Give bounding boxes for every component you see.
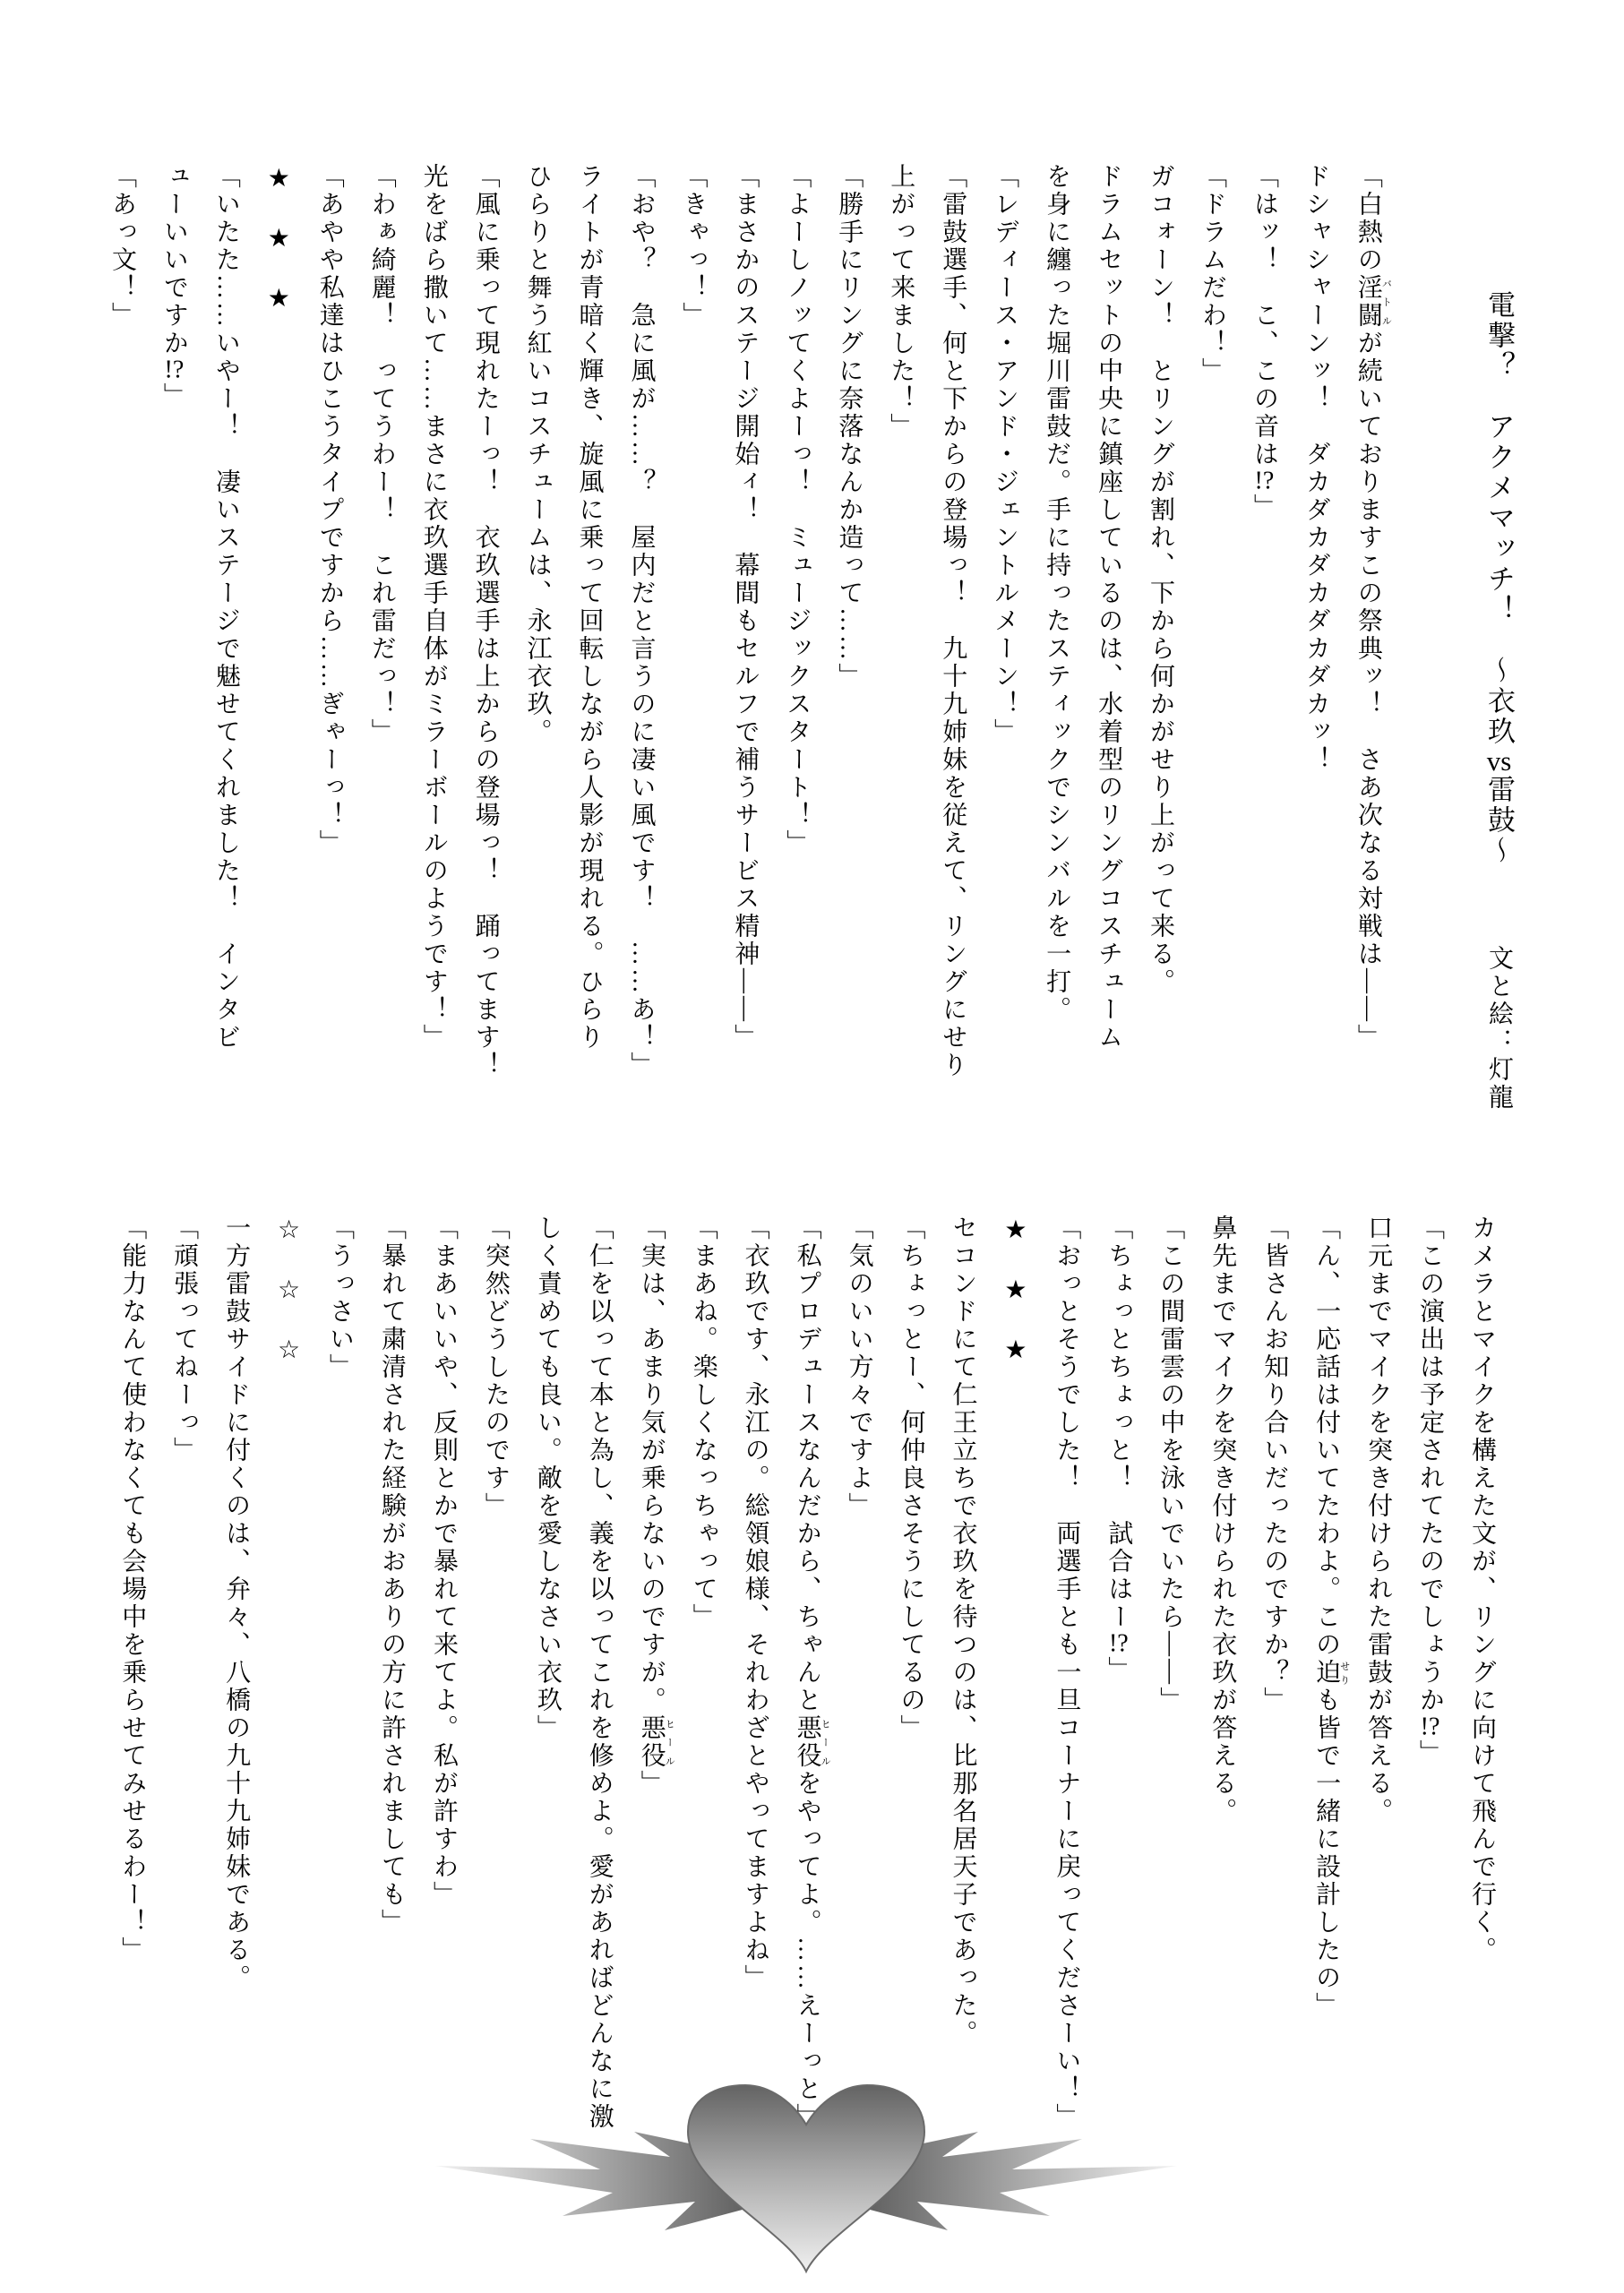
text-column: 口元までマイクを突き付けられた雷鼓が答える。 (1352, 1215, 1404, 2258)
text-column: 「ん、一応話は付いてたわよ。この迫せりも皆で一緒に設計したの」 (1300, 1215, 1352, 2258)
page: { "page": {"background": "#ffffff", "tex… (0, 0, 1624, 2293)
text-column: 「おや？ 急に風が……？ 屋内だと言うのに凄い風です！ ……あ！」 (615, 163, 667, 1207)
text-column: 「勝手にリングに奈落なんか造って……」 (822, 163, 874, 1207)
text-column: 「よーしノッてくよーっ！ ミュージックスタート！」 (770, 163, 822, 1207)
text-column: 「きゃっ！」 (667, 163, 719, 1207)
star-divider: ☆ ☆ ☆ (262, 1215, 314, 2258)
text-column: 「まさかのステージ開始ィ！ 幕間もセルフで補うサービス精神――」 (718, 163, 770, 1207)
text-column: 「レディース・アンド・ジェントルメーン！」 (978, 163, 1030, 1207)
text-column: 「この演出は予定されてたのでしょうか!?」 (1404, 1215, 1456, 2258)
text-column: 「能力なんて使わなくても会場中を乗らせてみせるわー！」 (106, 1215, 158, 2258)
text-column: ライトが青暗く輝き、旋風に乗って回転しながら人影が現れる。ひらり (563, 163, 615, 1207)
page-title-column: 電撃？ アクメマッチ！ ～衣玖vs雷鼓～文と絵：灯龍 (1470, 163, 1527, 1207)
text-column: ューいいですか!?」 (148, 163, 200, 1207)
text-column: 「ドラムだわ！」 (1186, 163, 1238, 1207)
story-section-1: 電撃？ アクメマッチ！ ～衣玖vs雷鼓～文と絵：灯龍「白熱の淫闘バトルが続いてお… (96, 163, 1527, 1207)
text-column: 「風に乗って現れたーっ！ 衣玖選手は上からの登場っ！ 踊ってます！ (460, 163, 511, 1207)
heart-lightning-graphic (394, 2076, 1218, 2293)
text-column: カメラとマイクを構えた文が、リングに向けて飛んで行く。 (1456, 1215, 1508, 2258)
text-column: 「わぁ綺麗！ ってうわー！ これ雷だっ！」 (356, 163, 408, 1207)
text-column: 「あやや私達はひこうタイプですから……ぎゃーっ！」 (304, 163, 356, 1207)
text-column: 上がって来ました！」 (874, 163, 926, 1207)
text-column: 「いたた……いやー！ 凄いステージで魅せてくれました！ インタビ (200, 163, 252, 1207)
text-column: ドラムセットの中央に鎮座しているのは、水着型のリングコスチューム (1082, 163, 1134, 1207)
text-column: 光をばら撒いて……まさに衣玖選手自体がミラーボールのようです！」 (408, 163, 460, 1207)
text-column: 「雷鼓選手、何と下からの登場っ！ 九十九姉妹を従えて、リングにせり (926, 163, 978, 1207)
text-column: ガコォーン！ とリングが割れ、下から何かがせり上がって来る。 (1134, 163, 1186, 1207)
heart-icon (688, 2085, 924, 2272)
author-credit: 文と絵：灯龍 (1473, 945, 1525, 1112)
text-column: 「頑張ってねーっ」 (158, 1215, 210, 2258)
text-column: 「皆さんお知り合いだったのですか？」 (1248, 1215, 1300, 2258)
text-column: 「うっさい」 (314, 1215, 365, 2258)
text-column: 一方雷鼓サイドに付くのは、弁々、八橋の九十九姉妹である。 (210, 1215, 262, 2258)
text-column: 「はッ！ こ、この音は!?」 (1238, 163, 1290, 1207)
text-column: ドシャシャーンッ！ ダカダカダカダカダカッ！ (1290, 163, 1342, 1207)
text-column: ひらりと舞う紅いコスチュームは、永江衣玖。 (511, 163, 563, 1207)
text-column: 「あっ文！」 (96, 163, 148, 1207)
text-column: を身に纏った堀川雷鼓だ。手に持ったスティックでシンバルを一打。 (1030, 163, 1082, 1207)
text-column: 「白熱の淫闘バトルが続いておりますこの祭典ッ！ さあ次なる対戦は――」 (1342, 163, 1394, 1207)
page-title: 電撃？ アクメマッチ！ ～衣玖vs雷鼓～ (1483, 290, 1515, 866)
star-divider: ★ ★ ★ (252, 163, 304, 1207)
